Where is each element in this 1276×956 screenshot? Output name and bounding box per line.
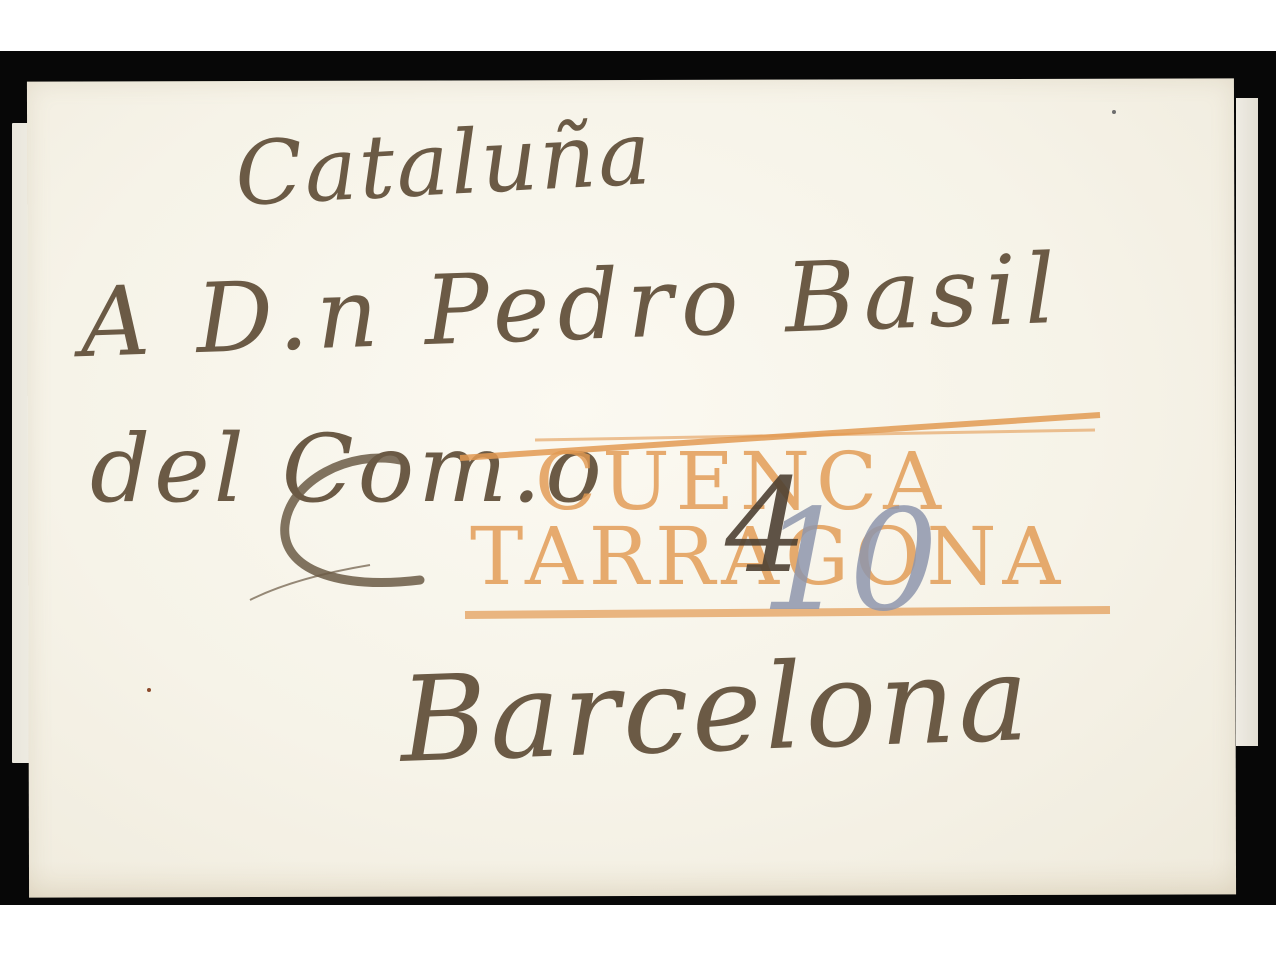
address-line-region: Cataluña [233, 101, 655, 226]
paper-spot [1112, 110, 1116, 114]
ink-flourish [230, 440, 440, 610]
manuscript-mark: 4 [725, 450, 808, 602]
paper-spot [147, 688, 151, 692]
address-line-city: Barcelona [398, 629, 1034, 789]
letter-fold-right [1236, 98, 1258, 746]
